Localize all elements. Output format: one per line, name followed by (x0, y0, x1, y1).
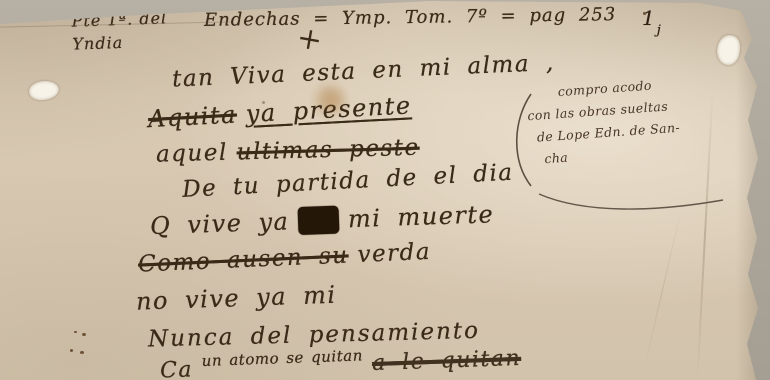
poem-line: Caun atomo se quitana le quitan (160, 346, 531, 380)
folio-mark: 1j (642, 6, 659, 30)
faint-ink-mark (70, 349, 73, 352)
poem-text: Q vive ya (150, 207, 290, 240)
poem-line: Como ausen suverda (138, 238, 441, 277)
reference-line: Endechas = Ymp. Tom. 7º = pag 253 (204, 4, 617, 31)
struck-text: Aquita (147, 101, 237, 134)
part-label-line1: Pte 1ª. del (71, 6, 167, 33)
ink-speck (643, 12, 646, 15)
struck-text: a le quitan (372, 346, 522, 376)
folio-number: 1 (642, 6, 655, 30)
poem-line: Aquitaya presente (147, 91, 421, 133)
ink-blot: en (298, 206, 340, 235)
manuscript-photo: Pte 1ª. del Yndia Endechas = Ymp. Tom. 7… (0, 0, 770, 380)
ink-stain (313, 86, 349, 114)
struck-text: Como ausen su (138, 242, 350, 277)
cross-mark: + (294, 20, 325, 59)
poem-text: verda (357, 239, 432, 268)
part-label: Pte 1ª. del Yndia (71, 6, 168, 56)
poem-line: Q vive yaenmi muerte (150, 200, 504, 240)
ink-speck (262, 101, 265, 104)
poem-text: Ca (160, 357, 194, 380)
poem-text: no vive ya mi (136, 281, 337, 316)
torn-edge-shadow (736, 0, 762, 380)
poem-line: De tu partida de el dia (182, 159, 524, 203)
folio-letter: j (657, 23, 661, 38)
part-label-line2: Yndia (72, 30, 168, 57)
margin-note: compro acodo con las obras sueltas de Lo… (525, 73, 682, 171)
faint-ink-mark (74, 331, 77, 333)
poem-line: aquelultimas peste (156, 134, 429, 167)
poem-text: mi muerte (347, 200, 494, 233)
paper-crease (642, 202, 683, 378)
manuscript-paper: Pte 1ª. del Yndia Endechas = Ymp. Tom. 7… (0, 0, 770, 380)
struck-text: ultimas peste (236, 135, 420, 166)
paper-hole (28, 79, 60, 102)
poem-text: aquel (156, 140, 228, 168)
faint-ink-mark (80, 351, 84, 354)
poem-text: tan Viva esta en mi alma , (172, 50, 556, 93)
poem-line: no vive ya mi (136, 280, 346, 315)
faint-ink-mark (82, 333, 86, 336)
poem-text: De tu partida de el dia (182, 160, 515, 203)
